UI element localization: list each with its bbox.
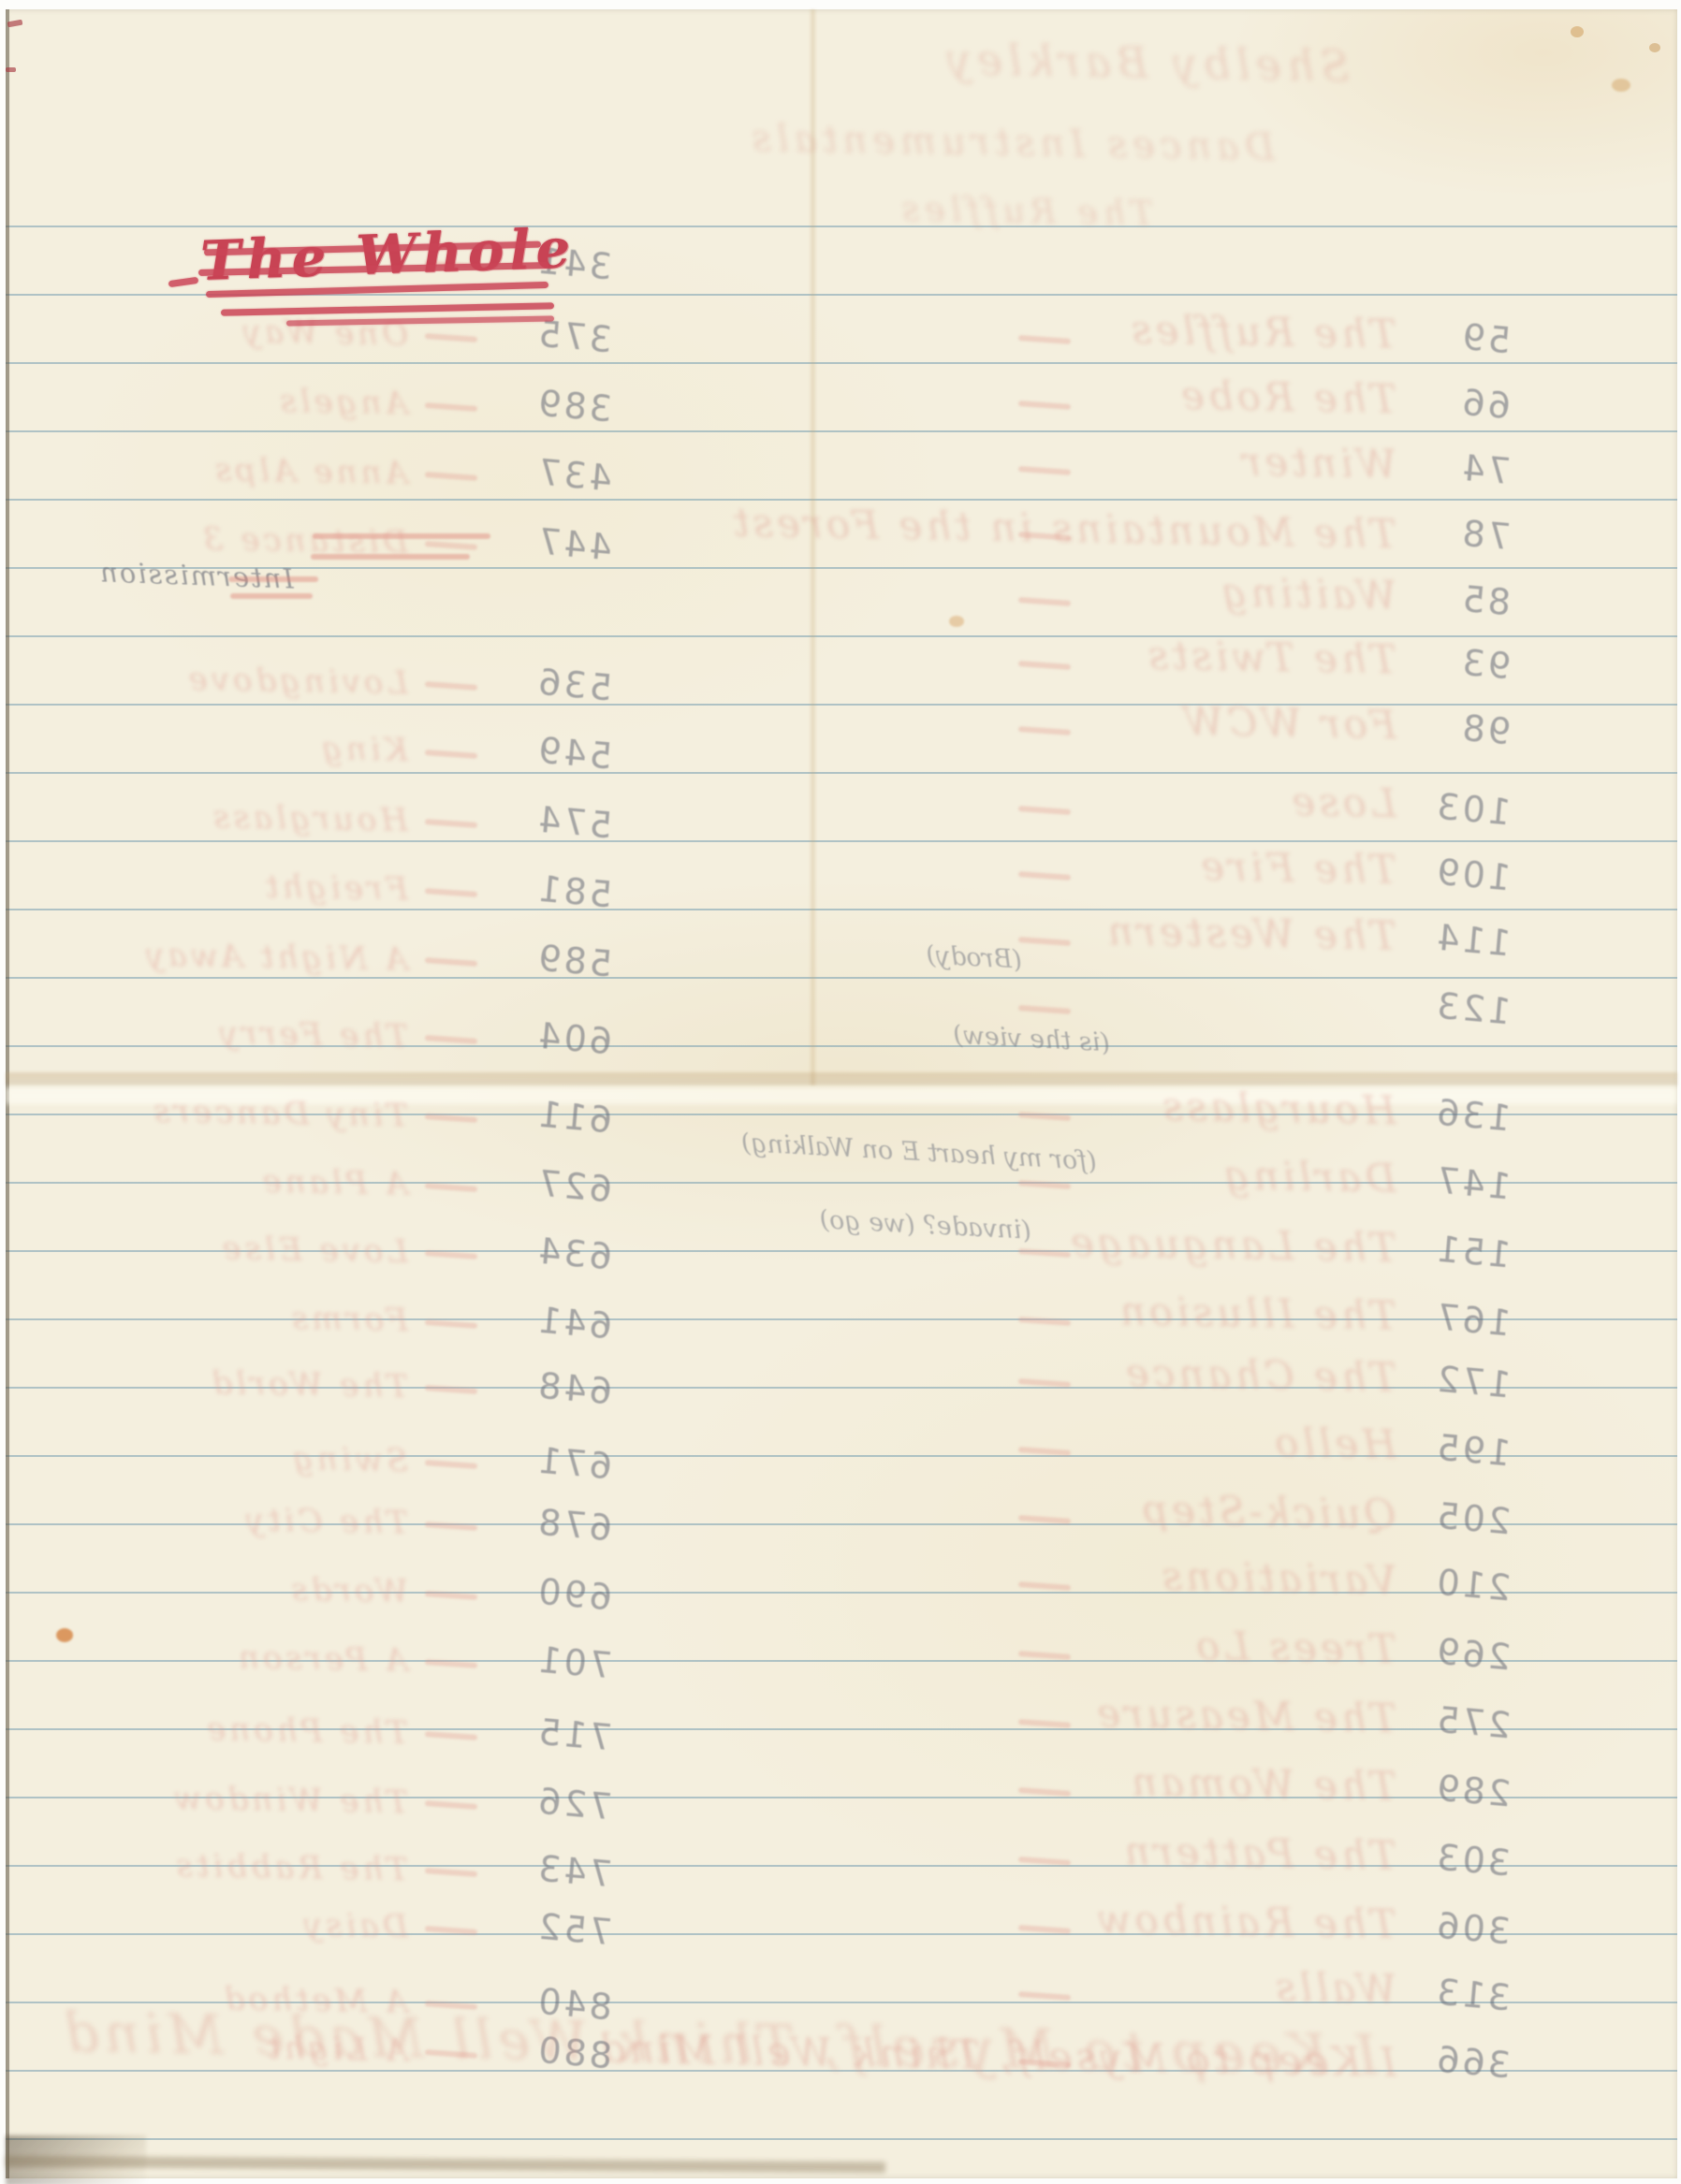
red-margin-tick (7, 20, 23, 28)
strike-line (221, 302, 554, 315)
scanned-document-page: Shelby BarkleyDances InstrumentalsThe Ru… (0, 0, 1681, 2184)
title-leading-dash (168, 277, 199, 287)
red-margin-tick (6, 67, 16, 72)
lined-paper: Shelby BarkleyDances InstrumentalsThe Ru… (6, 9, 1677, 2178)
front-ink-layer: The Whole (6, 9, 1677, 2178)
strike-underline (286, 316, 554, 327)
